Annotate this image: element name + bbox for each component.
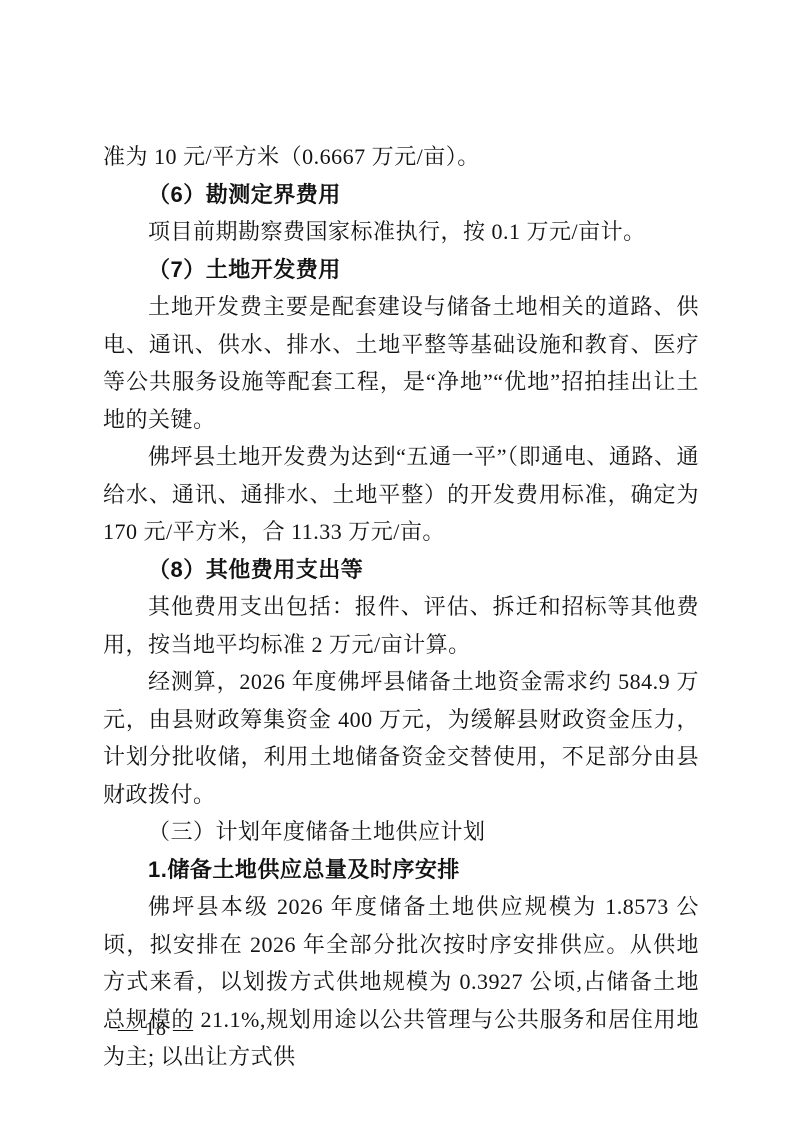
section-heading-supply-total-schedule: 1.储备土地供应总量及时序安排	[103, 851, 699, 889]
page-number: — 18 —	[118, 1015, 194, 1043]
section-heading-survey-boundary-fee: （6）勘测定界费用	[103, 176, 699, 214]
paragraph-foping-development-standard: 佛坪县土地开发费为达到“五通一平”（即通电、通路、通给水、通讯、通排水、土地平整…	[103, 438, 699, 551]
continued-paragraph: 准为 10 元/平方米（0.6667 万元/亩）。	[103, 138, 699, 176]
section-heading-other-expenses: （8）其他费用支出等	[103, 551, 699, 589]
paragraph-land-development-description: 土地开发费主要是配套建设与储备土地相关的道路、供电、通讯、供水、排水、土地平整等…	[103, 288, 699, 438]
subsection-heading-supply-plan: （三）计划年度储备土地供应计划	[103, 813, 699, 851]
section-heading-land-development-fee: （7）土地开发费用	[103, 251, 699, 289]
paragraph-funding-estimate: 经测算，2026 年度佛坪县储备土地资金需求约 584.9 万元，由县财政筹集资…	[103, 663, 699, 813]
paragraph-survey-fee-standard: 项目前期勘察费国家标准执行，按 0.1 万元/亩计。	[103, 213, 699, 251]
paragraph-supply-scale-detail: 佛坪县本级 2026 年度储备土地供应规模为 1.8573 公顷，拟安排在 20…	[103, 888, 699, 1076]
paragraph-other-expenses-detail: 其他费用支出包括：报件、评估、拆迁和招标等其他费用，按当地平均标准 2 万元/亩…	[103, 588, 699, 663]
document-page: 准为 10 元/平方米（0.6667 万元/亩）。 （6）勘测定界费用 项目前期…	[0, 0, 794, 1121]
